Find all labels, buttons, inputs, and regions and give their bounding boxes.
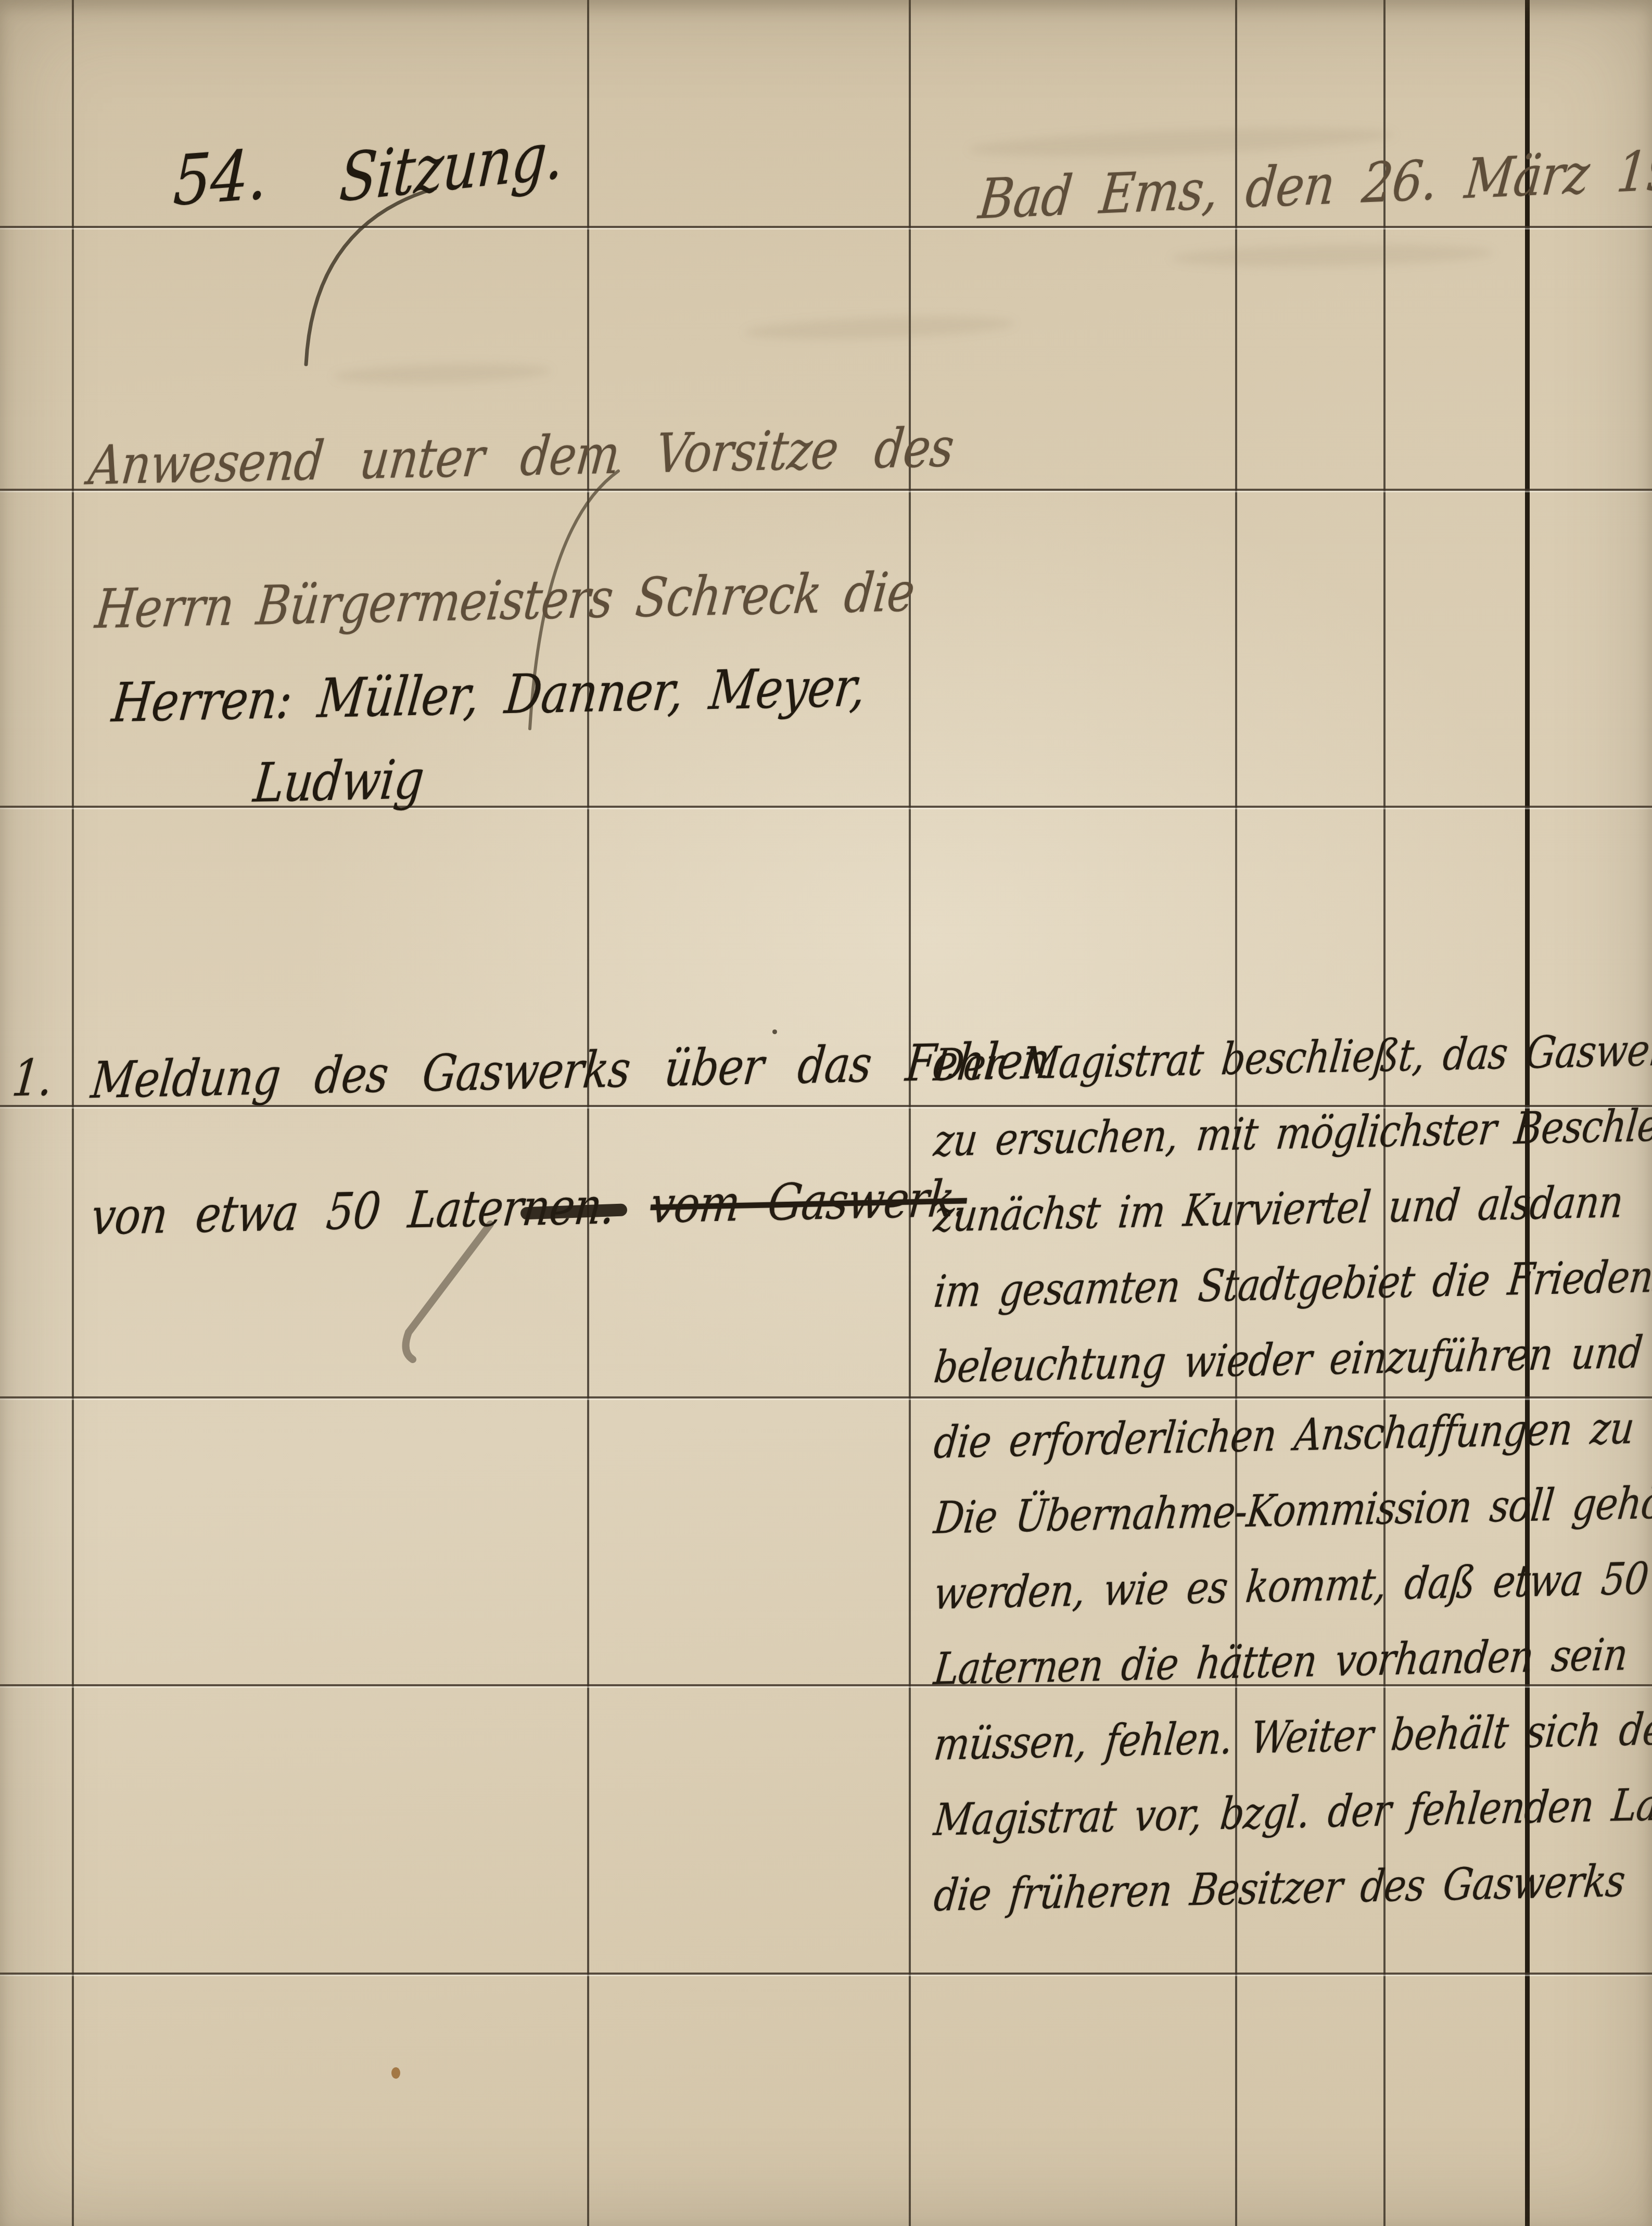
horizontal-rule — [0, 1973, 1652, 1975]
resolution-line: die erforderlichen Anschaffungen zu mach… — [932, 1398, 1652, 1468]
resolution-line: werden, wie es kommt, daß etwa 50 — [932, 1553, 1651, 1619]
bleed-through-smudge — [744, 313, 1015, 343]
bleed-through-smudge — [1171, 242, 1494, 270]
sitzung-flourish-stroke — [306, 188, 435, 364]
session-number: 54. — [172, 135, 268, 222]
attendance-line: Herrn Bürgermeisters Schreck die — [93, 560, 918, 641]
resolution-line: beleuchtung wieder einzuführen und hierz… — [932, 1324, 1652, 1393]
resolution-line: zunächst im Kurviertel und alsdann — [932, 1176, 1625, 1242]
pencil-checkmark — [406, 1224, 490, 1359]
horizontal-rule — [0, 806, 1652, 808]
ledger-page: 54. Sitzung. Bad Ems, den 26. März 1925.… — [0, 0, 1652, 2226]
resolution-line: im gesamten Stadtgebiet die Friedens- — [932, 1250, 1652, 1317]
vertical-rule — [909, 0, 911, 2226]
paper-stain — [391, 2067, 400, 2079]
bleed-through-smudge — [333, 362, 552, 386]
agenda-item-number: 1. — [9, 1049, 55, 1108]
vertical-rule — [72, 0, 74, 2226]
ink-fleck — [772, 1029, 777, 1034]
resolution-line: müssen, fehlen. Weiter behält sich der — [932, 1703, 1652, 1770]
vertical-rule — [587, 0, 589, 2226]
dateline: Bad Ems, den 26. März 1925. — [976, 135, 1652, 232]
attendance-line: Anwesend unter dem Vorsitze des — [86, 415, 957, 497]
horizontal-rule — [0, 1396, 1652, 1398]
strikethrough-text: vom Gaswerk. — [648, 1169, 970, 1235]
agenda-subject-line: Meldung des Gaswerks über das Fehlen — [88, 1032, 1052, 1110]
resolution-line: Die Übernahme-Kommission soll gehört — [932, 1476, 1652, 1544]
resolution-line: die früheren Besitzer des Gaswerks — [932, 1855, 1628, 1921]
horizontal-rule — [0, 226, 1652, 228]
resolution-line: Magistrat vor, bzgl. der fehlenden Later… — [932, 1776, 1652, 1846]
attendance-line: Herren: Müller, Danner, Meyer, — [109, 655, 868, 734]
session-title: Sitzung. — [337, 117, 566, 217]
attendance-line: Ludwig — [251, 747, 427, 815]
